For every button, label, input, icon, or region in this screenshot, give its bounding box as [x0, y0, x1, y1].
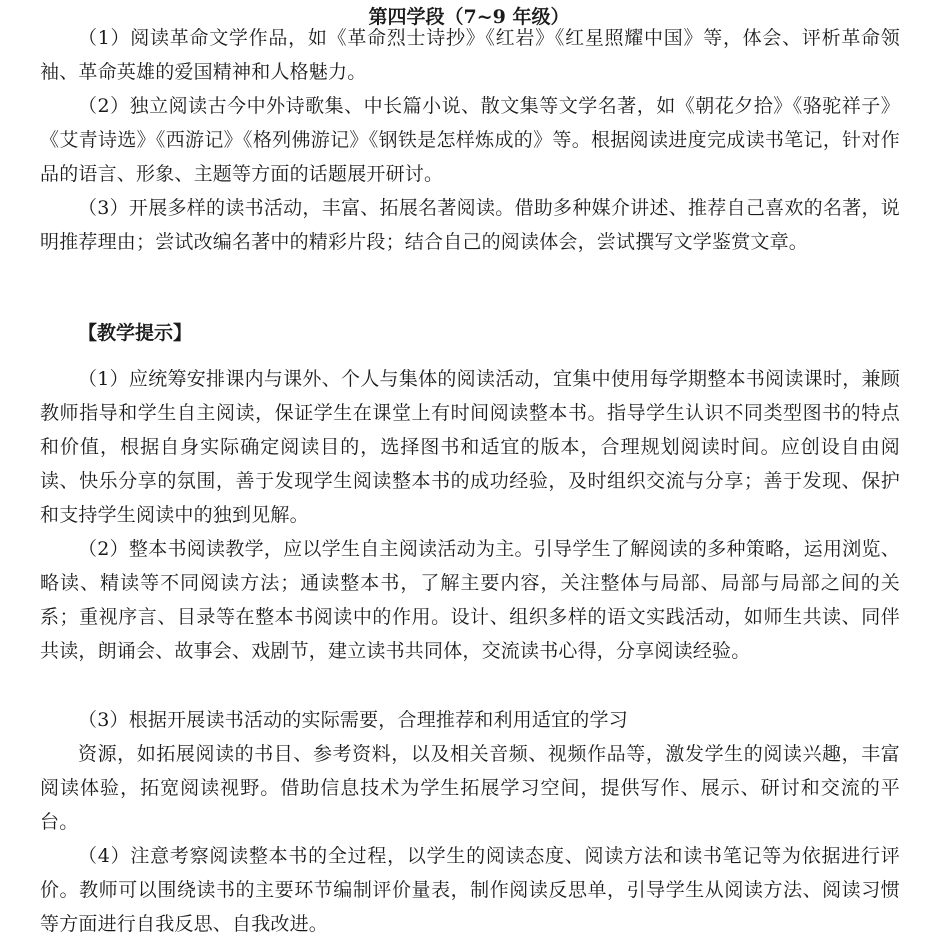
requirement-paragraph-3: （3）开展多样的读书活动，丰富、拓展名著阅读。借助多种媒介讲述、推荐自己喜欢的名…	[40, 191, 900, 259]
teaching-tip-3-first-line: （3）根据开展读书活动的实际需要，合理推荐和利用适宜的学习	[40, 703, 900, 737]
teaching-tip-4: （4）注意考察阅读整本书的全过程，以学生的阅读态度、阅读方法和读书笔记等为依据进…	[40, 839, 900, 941]
teaching-tip-2: （2）整本书阅读教学，应以学生自主阅读活动为主。引导学生了解阅读的多种策略，运用…	[40, 532, 900, 668]
teaching-tip-3-continuation: 资源，如拓展阅读的书目、参考资料，以及相关音频、视频作品等，激发学生的阅读兴趣，…	[40, 737, 900, 839]
document-page: 第四学段（7~9 年级） （1）阅读革命文学作品，如《革命烈士诗抄》《红岩》《红…	[0, 0, 938, 951]
teaching-tips-heading: 【教学提示】	[78, 318, 192, 348]
teaching-tip-1: （1）应统筹安排课内与课外、个人与集体的阅读活动，宜集中使用每学期整本书阅读课时…	[40, 362, 900, 532]
requirement-paragraph-1: （1）阅读革命文学作品，如《革命烈士诗抄》《红岩》《红星照耀中国》等，体会、评析…	[40, 21, 900, 89]
requirement-paragraph-2: （2）独立阅读古今中外诗歌集、中长篇小说、散文集等文学名著，如《朝花夕拾》《骆驼…	[40, 89, 900, 191]
